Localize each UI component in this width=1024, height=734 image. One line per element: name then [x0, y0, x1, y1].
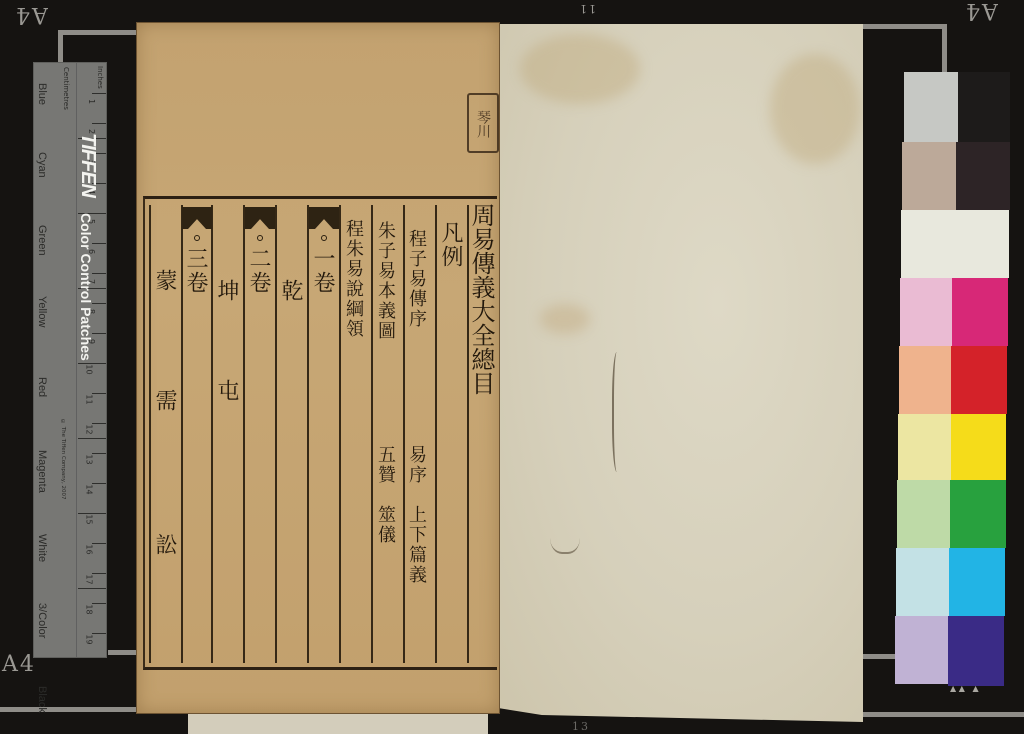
toc-entry-zhun: 屯	[215, 379, 237, 403]
color-checker-card: ▲ ▲ ▲	[894, 72, 1010, 686]
photo-stage: A4 A4 A4 A4 11 13	[0, 0, 1024, 734]
cm-tick-10: 10	[84, 364, 93, 374]
patch-pink	[900, 278, 952, 346]
cm-tick-1: 1	[87, 99, 96, 104]
toc-entry-chengzhu-outline: 程朱易說綱領	[344, 219, 362, 339]
a4-guide-line-top-left	[58, 30, 138, 35]
cm-tick-18: 18	[84, 604, 93, 614]
color-name-blue: Blue	[36, 83, 48, 105]
color-name-cyan: Cyan	[36, 152, 48, 178]
toc-entry-volume-2: 二卷	[247, 247, 269, 295]
patch-pale-yellow	[898, 414, 951, 480]
toc-entry-zhuzi-diagrams: 朱子易本義圖	[376, 221, 394, 341]
patch-dark-brown	[956, 142, 1010, 210]
color-names-list: Blue Cyan Green Yellow Red Magenta White…	[36, 83, 48, 713]
copyright-text: © The Tiffen Company, 2007	[60, 419, 66, 500]
fishtail-mark-vol1	[309, 207, 339, 229]
cm-tick-13: 13	[84, 454, 93, 464]
patch-red	[951, 346, 1007, 414]
a4-guide-line-right-vertical	[942, 24, 947, 74]
toc-entry-meng: 蒙	[153, 269, 175, 293]
cm-tick-17: 17	[84, 574, 93, 584]
color-name-3color: 3/Color	[36, 603, 48, 638]
a4-top-numeral: 11	[578, 2, 596, 15]
printed-frame: 周易傳義大全總目 凡例 程子易傳序 易序 上下篇義 朱子易本義圖 五贊 筮儀 程…	[143, 196, 497, 670]
toc-entry-xu-song: 需 訟	[153, 389, 175, 605]
patch-yellow	[951, 414, 1006, 480]
a4-label-top-left: A4	[14, 2, 48, 27]
a4-guide-line-top-right	[862, 24, 946, 29]
fishtail-mark-vol3	[182, 207, 212, 229]
tiffen-logo: TIFFEN	[76, 133, 99, 197]
fishtail-mark-vol2	[245, 207, 275, 229]
color-name-red: Red	[36, 377, 48, 397]
patch-pale-cyan	[896, 548, 949, 616]
paper-crack-lower	[550, 514, 580, 554]
right-page-blank	[498, 24, 863, 722]
patch-skin-neutral	[902, 142, 956, 210]
paper-crack	[612, 352, 624, 472]
a4-guide-line-left-mid	[108, 650, 138, 655]
registration-marks: ▲ ▲ ▲	[950, 684, 979, 693]
a4-guide-line-bottom-right	[862, 712, 1024, 717]
toc-entry-yixu: 易序 上下篇義	[407, 445, 425, 585]
toc-entry-wuzan: 五贊 筮儀	[376, 445, 394, 545]
color-name-yellow: Yellow	[36, 296, 48, 327]
centimetres-label: Centimetres	[62, 67, 70, 110]
patch-lavender	[895, 616, 948, 684]
toc-entry-qian: 乾	[279, 279, 301, 303]
product-name: Color Control Patches	[78, 213, 94, 361]
cm-tick-11: 11	[84, 394, 93, 404]
cm-tick-19: 19	[84, 634, 93, 644]
collector-seal: 琴川	[467, 93, 499, 153]
patch-cyan	[949, 548, 1005, 616]
color-name-magenta: Magenta	[36, 450, 48, 493]
cm-tick-14: 14	[84, 484, 93, 494]
cm-tick-12: 12	[84, 424, 93, 434]
patch-peach	[899, 346, 951, 414]
a4-label-top-right: A4	[964, 0, 998, 23]
patch-blue	[948, 616, 1004, 686]
patch-magenta	[952, 278, 1008, 346]
patch-black	[958, 72, 1010, 142]
color-name-green: Green	[36, 225, 48, 256]
a4-bottom-numeral: 13	[572, 720, 590, 733]
a4-label-bottom-left: A4	[2, 652, 36, 677]
cm-tick-16: 16	[84, 544, 93, 554]
patch-neutral-light	[904, 72, 958, 142]
a4-guide-line-right-mid	[862, 654, 896, 659]
a4-guide-line-left-vertical	[58, 30, 63, 64]
toc-entry-fanli: 凡例	[439, 221, 461, 269]
toc-entry-volume-1: 一卷	[311, 247, 333, 295]
color-name-black: Black	[36, 686, 48, 713]
patch-pale-green	[897, 480, 950, 548]
under-slip-paper	[188, 712, 488, 734]
toc-entry-volume-3: 三卷	[184, 247, 206, 295]
tiffen-ruler: 1 2 3 4 5 6 7 8 9 10 11 12 13 14 15 16 1…	[33, 62, 107, 658]
inches-label: Inches	[96, 66, 104, 89]
book-title-column: 周易傳義大全總目	[469, 203, 493, 395]
a4-guide-line-bottom	[0, 707, 140, 712]
toc-entry-chengzi-preface: 程子易傳序	[407, 229, 425, 329]
toc-entry-kun: 坤	[215, 279, 237, 303]
patch-white	[901, 210, 1009, 278]
cm-tick-15: 15	[84, 514, 93, 524]
color-name-white: White	[36, 534, 48, 562]
patch-green	[950, 480, 1006, 548]
